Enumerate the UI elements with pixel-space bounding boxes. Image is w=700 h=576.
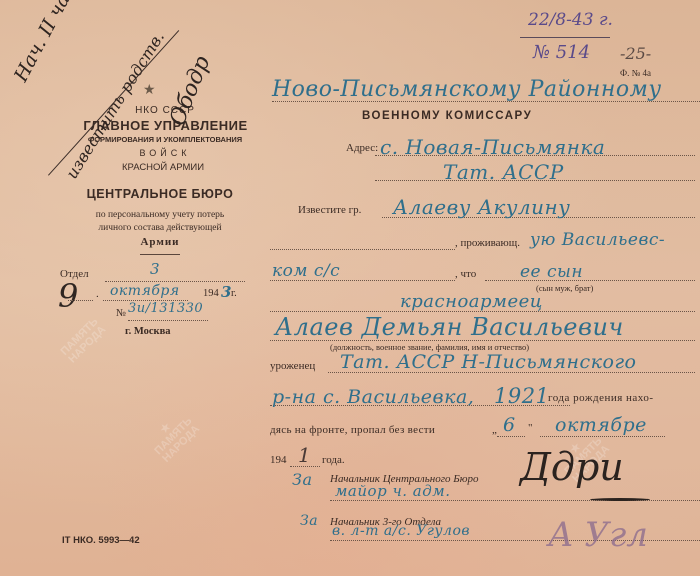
date-month: октября: [110, 283, 180, 299]
date-year-prefix: 194: [203, 288, 219, 299]
notify-label: Известите гр.: [298, 204, 361, 216]
native-value-2: р-на с. Васильевка,: [272, 386, 474, 408]
district-handwritten: Ново-Письмянскому Районному: [272, 77, 662, 102]
missing-text: дясь на фронте, пропал без вести: [270, 424, 435, 436]
missing-month: октябре: [555, 414, 647, 436]
missing-year-prefix: 194: [270, 454, 287, 466]
bureau-subtitle-2: личного состава действующей: [75, 223, 245, 233]
relation-hint: (сын муж, брат): [536, 283, 593, 293]
chief-dept-value: в. л-т а/с. Угулов: [332, 523, 470, 539]
commissar-title: ВОЕННОМУ КОМИССАРУ: [362, 110, 532, 122]
city: г. Москва: [125, 326, 171, 337]
address-value-1: с. Новая-Письмянка: [380, 135, 605, 159]
department-line: [105, 281, 245, 282]
notify-name: Алаеву Акулину: [393, 195, 570, 219]
relation-line: [485, 280, 695, 281]
print-code: IT НКО. 5993—42: [62, 535, 140, 546]
bureau-subtitle-1: по персональному учету потерь: [75, 210, 245, 220]
quote-open: „: [492, 424, 497, 436]
missing-day: 6: [503, 414, 516, 436]
number-label: №: [116, 308, 126, 319]
date-day: 9: [58, 277, 78, 315]
divider: [140, 254, 180, 255]
residing-value-2: ком с/с: [272, 261, 340, 281]
address-label: Адрес:: [346, 142, 378, 154]
bureau-title: ЦЕНТРАЛЬНОЕ БЮРО: [75, 187, 245, 201]
residing-label: , проживающ.: [455, 237, 520, 249]
residing-blank-line: [270, 249, 455, 250]
number-value: 3и/131330: [128, 301, 203, 316]
native-label: уроженец: [270, 360, 315, 372]
date-year-unit: г.: [231, 288, 237, 299]
rank-value: красноармеец: [400, 291, 543, 312]
signature-2: А Угл: [548, 515, 648, 555]
native-value-1: Тат. АССР Н-Письмянского: [340, 351, 636, 373]
received-underline: [520, 37, 610, 38]
that-label: , что: [455, 268, 476, 280]
date-dot: .: [96, 288, 99, 300]
missing-year-value: 1: [298, 443, 311, 467]
for-label-1: За: [292, 470, 313, 489]
for-label-2: За: [300, 513, 318, 529]
org-line-5: Красной армии: [88, 162, 238, 173]
red-star-icon: ★: [143, 84, 157, 98]
missing-month-line: [540, 436, 665, 437]
signature-1: Ддри: [520, 445, 624, 489]
received-date: 22/8-43 г.: [528, 10, 613, 30]
district-line: [272, 101, 700, 102]
birth-year: 1921: [494, 384, 549, 408]
chief-central-value: майор ч. адм.: [335, 482, 450, 500]
soldier-name: Алаев Демьян Васильевич: [275, 313, 624, 341]
number-line: [128, 320, 208, 321]
relation-value: ее сын: [520, 262, 583, 282]
org-line-4: войск: [95, 148, 235, 158]
missing-year-suffix: года.: [322, 454, 345, 466]
signature-1-flourish: [590, 498, 650, 501]
address-value-2: Тат. АССР: [443, 160, 564, 184]
incoming-number: № 514: [533, 42, 590, 63]
date-day-line: [68, 300, 93, 301]
quote-close: ": [528, 422, 533, 434]
department-value: 3: [150, 260, 160, 278]
birth-suffix: года рождения нахо-: [548, 392, 654, 404]
incoming-suffix: -25-: [620, 44, 651, 63]
missing-day-line: [497, 436, 525, 437]
residing-value-1: ую Васильевс-: [530, 230, 665, 250]
bureau-subtitle-3: Армии: [75, 236, 245, 248]
